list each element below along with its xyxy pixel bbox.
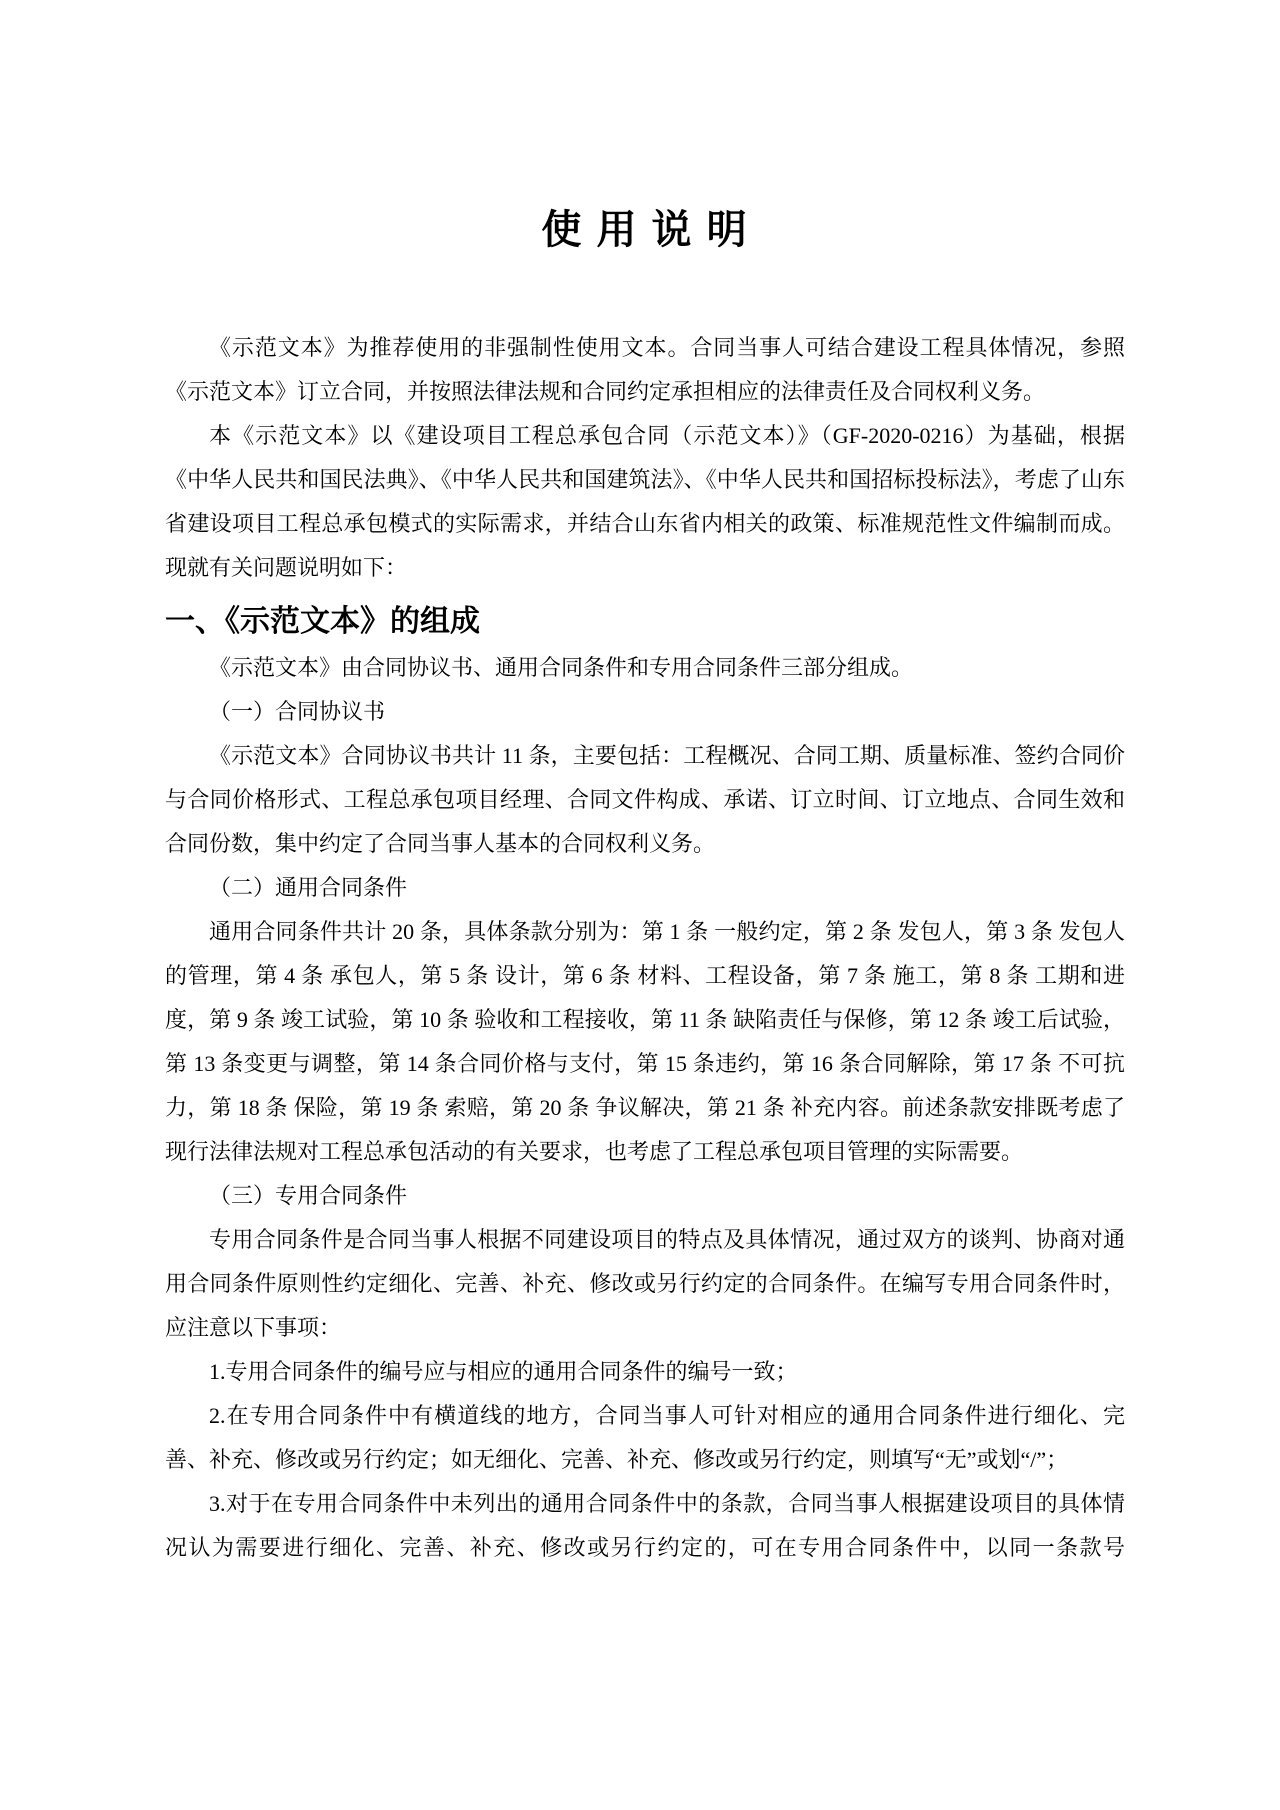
section-1-paragraph-composition: 《示范文本》由合同协议书、通用合同条件和专用合同条件三部分组成。 (165, 646, 1125, 690)
intro-paragraph-1: 《示范文本》为推荐使用的非强制性使用文本。合同当事人可结合建设工程具体情况，参照… (165, 326, 1125, 414)
section-1-subheading-agreement: （一）合同协议书 (165, 690, 1125, 734)
section-1-paragraph-general-conditions-detail: 通用合同条件共计 20 条，具体条款分别为：第 1 条 一般约定，第 2 条 发… (165, 910, 1125, 1174)
document-title: 使 用 说 明 (165, 206, 1125, 254)
section-1-list-item-1: 1.专用合同条件的编号应与相应的通用合同条件的编号一致； (165, 1350, 1125, 1394)
section-1-subheading-special-conditions: （三）专用合同条件 (165, 1174, 1125, 1218)
document-content: 使 用 说 明 《示范文本》为推荐使用的非强制性使用文本。合同当事人可结合建设工… (165, 0, 1125, 1570)
section-1-list-item-2: 2.在专用合同条件中有横道线的地方，合同当事人可针对相应的通用合同条件进行细化、… (165, 1394, 1125, 1482)
section-1-heading: 一、《示范文本》的组成 (165, 598, 1125, 646)
section-1-paragraph-special-conditions-detail: 专用合同条件是合同当事人根据不同建设项目的特点及具体情况，通过双方的谈判、协商对… (165, 1218, 1125, 1350)
document-page: 使 用 说 明 《示范文本》为推荐使用的非强制性使用文本。合同当事人可结合建设工… (0, 0, 1280, 1810)
section-1-paragraph-agreement-detail: 《示范文本》合同协议书共计 11 条，主要包括：工程概况、合同工期、质量标准、签… (165, 734, 1125, 866)
section-1-subheading-general-conditions: （二）通用合同条件 (165, 866, 1125, 910)
section-1-list-item-3: 3.对于在专用合同条件中未列出的通用合同条件中的条款，合同当事人根据建设项目的具… (165, 1482, 1125, 1570)
intro-paragraph-2: 本《示范文本》以《建设项目工程总承包合同（示范文本）》（GF-2020-0216… (165, 414, 1125, 590)
